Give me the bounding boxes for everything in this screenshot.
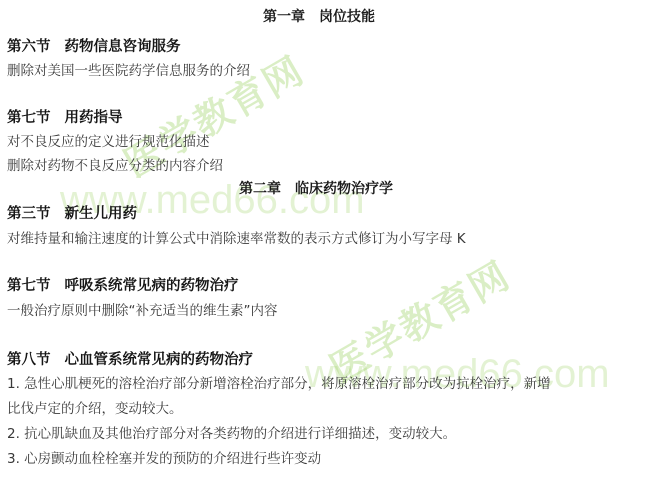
chapter-number: 第二章 [239,181,281,197]
section-title: 用药指导 [65,110,123,126]
section-heading: 第六节药物信息咨询服务 [7,37,181,57]
section-number: 第七节 [7,278,51,294]
section-title: 新生儿用药 [65,206,138,222]
list-item: 3. 心房颤动血栓栓塞并发的预防的介绍进行些许变动 [7,449,321,469]
chapter-title: 临床药物治疗学 [295,181,393,197]
section-text-line: 删除对药物不良反应分类的内容介绍 [7,156,223,176]
section-heading: 第三节新生儿用药 [7,204,137,224]
document-page: 医学教育网 www.med66.com 医学教育网 www.med66.com … [0,0,665,489]
chapter-title: 岗位技能 [319,9,375,25]
section-text-line: 对维持量和输注速度的计算公式中消除速率常数的表示方式修订为小写字母 K [7,229,466,249]
section-number: 第八节 [7,352,51,368]
list-item: 2. 抗心肌缺血及其他治疗部分对各类药物的介绍进行详细描述，变动较大。 [7,424,456,444]
section-number: 第六节 [7,39,51,55]
watermark-cn-bottom: 医学教育网 [318,245,519,393]
section-heading: 第八节心血管系统常见病的药物治疗 [7,350,253,370]
chapter-number: 第一章 [263,9,305,25]
section-heading: 第七节用药指导 [7,108,123,128]
section-text-line: 对不良反应的定义进行规范化描述 [7,132,210,152]
section-text-line: 删除对美国一些医院药学信息服务的介绍 [7,61,250,81]
list-item: 1. 急性心肌梗死的溶栓治疗部分新增溶栓治疗部分，将原溶栓治疗部分改为抗栓治疗，… [7,374,551,394]
section-heading: 第七节呼吸系统常见病的药物治疗 [7,276,239,296]
chapter-heading-1: 第一章岗位技能 [263,7,375,27]
section-title: 心血管系统常见病的药物治疗 [65,352,254,368]
section-title: 呼吸系统常见病的药物治疗 [65,278,239,294]
chapter-heading-2: 第二章临床药物治疗学 [239,179,393,199]
section-number: 第三节 [7,206,51,222]
section-number: 第七节 [7,110,51,126]
list-item-continuation: 比伐卢定的介绍，变动较大。 [7,399,183,419]
section-title: 药物信息咨询服务 [65,39,181,55]
section-text-line: 一般治疗原则中删除“补充适当的维生素”内容 [7,301,278,321]
